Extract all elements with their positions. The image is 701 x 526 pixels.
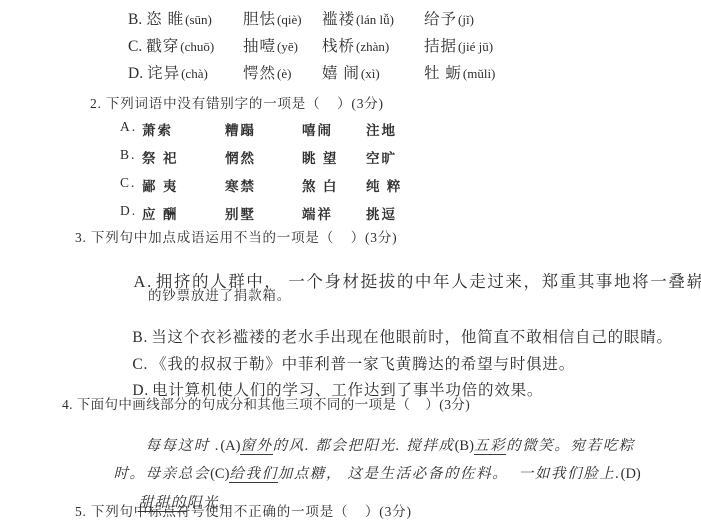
q1-b-word-2: 胆怯(qiè) — [243, 7, 302, 29]
option-label: B. — [120, 147, 136, 163]
word: 惘然 — [225, 147, 256, 167]
pinyin: (chà) — [181, 66, 208, 81]
word: 眺 望 — [302, 147, 338, 167]
q2-row-c: C. 鄙 夷 寒禁 煞 白 纯 粹 — [120, 175, 540, 195]
exam-page: { "q1": { "rows": [ {"label":"B.","items… — [0, 0, 701, 526]
q2-row-b: B. 祭 祀 惘然 眺 望 空旷 — [120, 147, 540, 167]
q1-c-word-1: C.戳穿(chuō) — [128, 34, 214, 56]
q1-c-word-4: 拮据(jié jū) — [424, 34, 493, 56]
q1-d-word-1: D.诧异(chà) — [128, 61, 208, 83]
q1-b-word-4: 给予(jǐ) — [424, 7, 474, 29]
word: 糟蹋 — [225, 119, 256, 139]
word: 纯 粹 — [366, 175, 402, 195]
pinyin: (yē) — [277, 39, 298, 54]
word: 胆怯 — [243, 11, 276, 28]
pinyin: (qiè) — [277, 12, 302, 27]
q1-d-word-3: 嬉 闹(xì) — [322, 61, 380, 83]
pinyin: (è) — [277, 66, 291, 81]
q1-b-word-1: B.恣 睢(sūn) — [128, 7, 212, 29]
underlined-part-c: 给我们 — [229, 466, 277, 483]
pinyin: (lán lǚ) — [356, 12, 394, 27]
q1-d-word-4: 牡 蛎(mǔli) — [424, 61, 495, 83]
word: 挑逗 — [366, 203, 397, 223]
word: 牡 蛎 — [424, 65, 462, 82]
word: 嘻闹 — [302, 119, 333, 139]
pinyin: (jǐ) — [458, 12, 474, 27]
q1-option-row-b: B.恣 睢(sūn) 胆怯(qiè) 褴褛(lán lǚ) 给予(jǐ) — [128, 7, 688, 29]
word: 拮据 — [424, 38, 457, 55]
pinyin: (xì) — [361, 66, 380, 81]
word: 鄙 夷 — [142, 175, 178, 195]
option-label: D. — [120, 203, 137, 219]
q4-heading: 4. 下面句中画线部分的句成分和其他三项不同的一项是（ ）(3分) — [62, 393, 470, 413]
option-label: C. — [128, 38, 142, 55]
word: 端祥 — [302, 203, 333, 223]
marker-d: (D) — [621, 466, 641, 482]
word: 嬉 闹 — [322, 65, 360, 82]
word: 祭 祀 — [142, 147, 178, 167]
word: 愕然 — [243, 65, 276, 82]
word: 别墅 — [225, 203, 256, 223]
word: 恣 睢 — [146, 11, 184, 28]
word: 给予 — [424, 11, 457, 28]
q1-option-row-c: C.戳穿(chuō) 抽噎(yē) 栈桥(zhàn) 拮据(jié jū) — [128, 34, 688, 56]
word: 栈桥 — [322, 38, 355, 55]
q1-c-word-2: 抽噎(yē) — [243, 34, 298, 56]
q3-option-a-cont: 的钞票放进了捐款箱。 — [148, 284, 291, 304]
q1-option-row-d: D.诧异(chà) 愕然(è) 嬉 闹(xì) 牡 蛎(mǔli) — [128, 61, 688, 83]
option-label: C. — [120, 175, 136, 191]
q2-row-a: A. 萧索 糟蹋 嘻闹 注地 — [120, 119, 540, 139]
option-label: B. — [128, 11, 142, 28]
word: 萧索 — [142, 119, 173, 139]
q3-heading: 3. 下列句中加点成语运用不当的一项是（ ）(3分) — [75, 226, 397, 246]
pinyin: (jié jū) — [458, 39, 493, 54]
word: 诧异 — [147, 65, 180, 82]
word: 抽噎 — [243, 38, 276, 55]
q1-b-word-3: 褴褛(lán lǚ) — [322, 7, 394, 29]
sentence-text: 加点糖， 这是生活必备的佐料。 一如我们脸上. — [278, 466, 621, 482]
pinyin: (zhàn) — [356, 39, 389, 54]
pinyin: (sūn) — [185, 12, 212, 27]
word: 空旷 — [366, 147, 397, 167]
q1-c-word-3: 栈桥(zhàn) — [322, 34, 389, 56]
pinyin: (mǔli) — [463, 66, 496, 81]
option-label: D. — [128, 65, 143, 82]
q2-row-d: D. 应 酬 别墅 端祥 挑逗 — [120, 203, 540, 223]
word: 注地 — [366, 119, 397, 139]
pinyin: (chuō) — [180, 39, 214, 54]
word: 寒禁 — [225, 175, 256, 195]
word: 应 酬 — [142, 203, 178, 223]
q2-heading: 2. 下列词语中没有错别字的一项是（ ）(3分) — [90, 92, 384, 112]
option-label: A. — [120, 119, 137, 135]
word: 戳穿 — [146, 38, 179, 55]
q1-d-word-2: 愕然(è) — [243, 61, 291, 83]
q5-heading: 5. 下列句中标点符号使用不正确的一项是（ ）(3分) — [75, 500, 412, 520]
word: 煞 白 — [302, 175, 338, 195]
word: 褴褛 — [322, 11, 355, 28]
